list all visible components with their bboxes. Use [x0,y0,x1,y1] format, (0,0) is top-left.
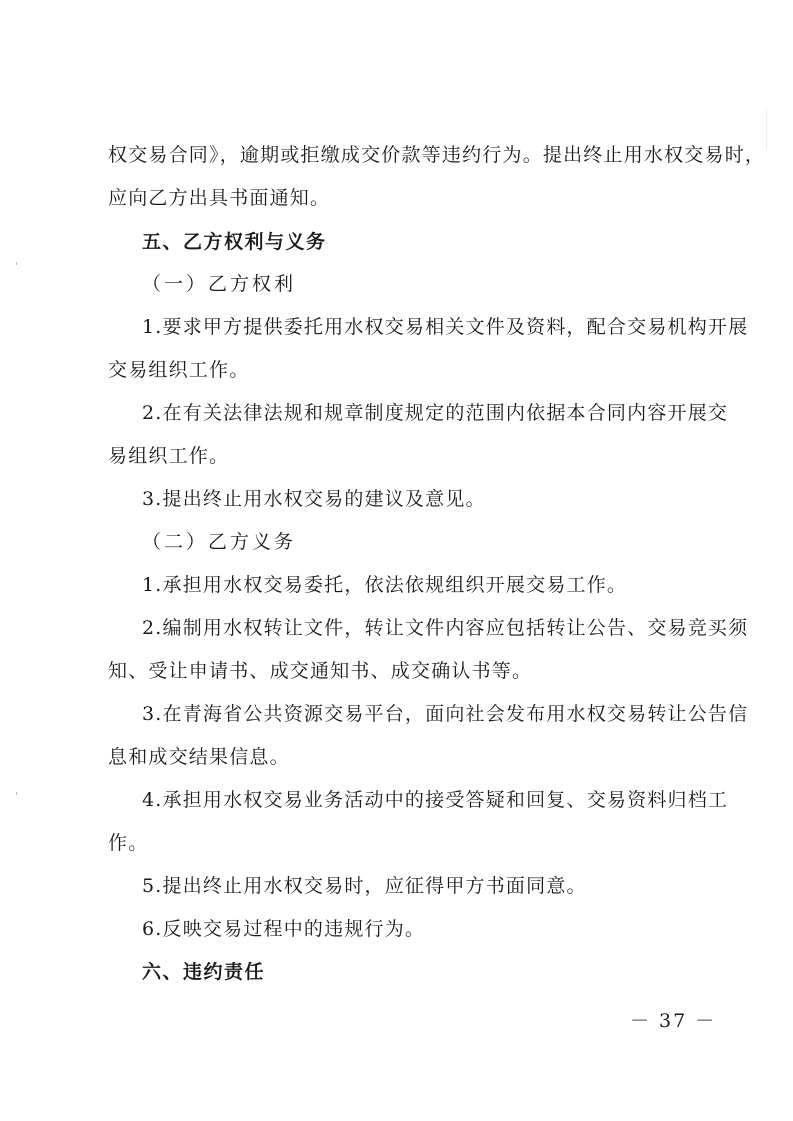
body-line: 权交易合同》，逾期或拒缴成交价款等违约行为。提出终止用水权交易时， [108,143,765,167]
body-line: 知、受让申请书、成交通知书、成交确认书等。 [108,659,532,683]
subsection-heading: （一）乙方权利 [142,272,296,296]
subsection-heading: （二）乙方义务 [142,530,296,554]
body-line: 易组织工作。 [108,444,229,468]
scan-mark [16,792,17,795]
page-number: － 37 － [630,1006,716,1033]
body-line: 6.反映交易过程中的违规行为。 [142,917,425,941]
section-heading: 六、违约责任 [142,960,265,984]
body-line: 1.要求甲方提供委托用水权交易相关文件及资料，配合交易机构开展 [142,315,748,339]
body-line: 4.承担用水权交易业务活动中的接受答疑和回复、交易资料归档工 [142,788,728,812]
body-line: 应向乙方出具书面通知。 [108,186,330,210]
scan-mark [16,262,17,265]
body-line: 息和成交结果信息。 [108,745,290,769]
body-line: 2.编制用水权转让文件，转让文件内容应包括转让公告、交易竞买须 [142,616,748,640]
section-heading: 五、乙方权利与义务 [142,230,327,254]
body-line: 3.在青海省公共资源交易平台，面向社会发布用水权交易转让公告信 [142,702,748,726]
body-line: 3.提出终止用水权交易的建议及意见。 [142,487,486,511]
body-line: 2.在有关法律法规和规章制度规定的范围内依据本合同内容开展交 [142,401,728,425]
body-line: 1.承担用水权交易委托，依法依规组织开展交易工作。 [142,573,627,597]
body-line: 5.提出终止用水权交易时，应征得甲方书面同意。 [142,874,587,898]
scan-edge [766,110,767,150]
document-page: 权交易合同》，逾期或拒缴成交价款等违约行为。提出终止用水权交易时， 应向乙方出具… [0,0,793,1121]
body-line: 交易组织工作。 [108,358,249,382]
body-line: 作。 [108,831,148,855]
